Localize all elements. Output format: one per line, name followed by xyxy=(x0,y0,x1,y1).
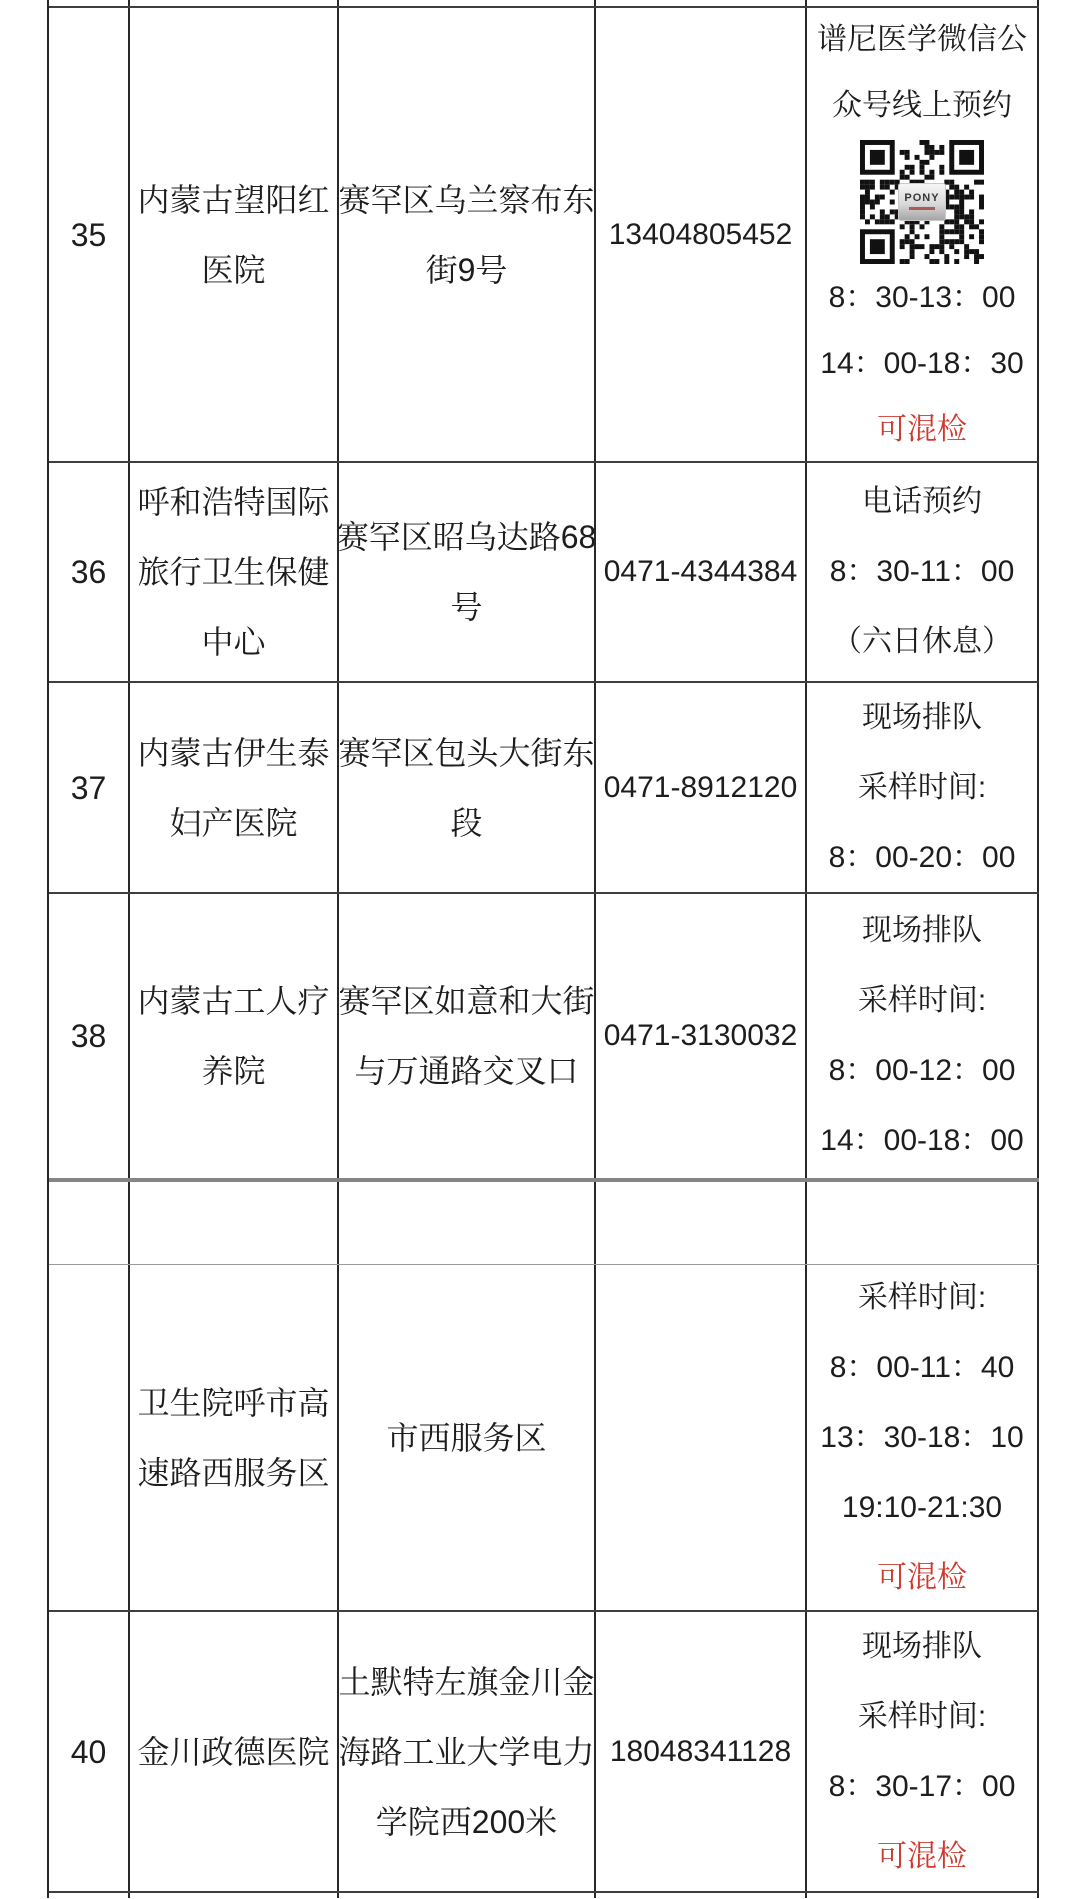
row-number-cell xyxy=(49,0,130,6)
table-row: 35 内蒙古望阳红医院 赛罕区乌兰察布东街9号 13404805452 谱尼医学… xyxy=(49,8,1039,463)
info-line: 众号线上预约 xyxy=(832,73,1012,139)
phone-cell: 18048341128 xyxy=(596,1612,807,1891)
address-line: 街9号 xyxy=(426,235,508,305)
booking-info-cell: 谱尼医学微信公众号线上预约 PONY 8：30-13：0014：00-18：30… xyxy=(807,8,1039,461)
info-line: 采样时间: xyxy=(858,966,986,1036)
booking-info-cell xyxy=(807,0,1039,6)
hospital-name-line: 医院 xyxy=(201,235,265,305)
address-line: 赛罕区如意和大街 xyxy=(339,966,595,1036)
address-line: 与万通路交叉口 xyxy=(354,1036,578,1106)
phone-cell: 13404805452 xyxy=(596,8,807,461)
hospital-name-cell: 金川政德医院 xyxy=(130,1612,339,1891)
info-line: 13：30-18：10 xyxy=(820,1403,1023,1473)
row-number-cell xyxy=(49,1893,130,1898)
address-line: 号 xyxy=(450,572,482,642)
info-line: 19:10-21:30 xyxy=(842,1473,1002,1543)
address-line: 市西服务区 xyxy=(386,1403,546,1473)
info-line: 8：30-13：00 xyxy=(829,265,1016,331)
info-line: 8：00-11：40 xyxy=(830,1333,1015,1403)
testing-sites-table: 35 内蒙古望阳红医院 赛罕区乌兰察布东街9号 13404805452 谱尼医学… xyxy=(47,0,1039,1898)
info-line: 14：00-18：30 xyxy=(820,331,1023,397)
info-line: 8：00-12：00 xyxy=(829,1036,1016,1106)
info-line: 14：00-18：00 xyxy=(820,1106,1023,1176)
hospital-name-cell: 内蒙古工人疗养院 xyxy=(130,894,339,1178)
info-line: 采样时间: xyxy=(858,1682,986,1752)
address-cell xyxy=(339,1182,596,1264)
phone-cell: 0471-3130032 xyxy=(596,894,807,1178)
info-line: 采样时间: xyxy=(858,753,986,823)
info-line: 8：00-20：00 xyxy=(829,823,1016,893)
address-line: 赛罕区昭乌达路68 xyxy=(339,502,596,572)
table-row: 卫生院呼市高速路西服务区 市西服务区 采样时间:8：00-11：4013：30-… xyxy=(49,1265,1039,1612)
phone-number: 0471-4344384 xyxy=(604,537,798,607)
row-number-cell: 35 xyxy=(49,8,130,461)
row-number-cell: 36 xyxy=(49,463,130,681)
info-line: 可混检 xyxy=(877,1543,967,1611)
address-cell xyxy=(339,0,596,6)
booking-info-cell: 电话预约8：30-11：00（六日休息） xyxy=(807,463,1039,681)
hospital-name-line: 内蒙古伊生泰 xyxy=(137,718,329,788)
table-row: 36 呼和浩特国际旅行卫生保健中心 赛罕区昭乌达路68号 0471-434438… xyxy=(49,463,1039,683)
address-line: 赛罕区乌兰察布东 xyxy=(339,165,595,235)
info-line: （六日休息） xyxy=(832,607,1012,677)
table-row xyxy=(49,1893,1039,1898)
table-row xyxy=(49,1182,1039,1265)
hospital-name-line: 速路西服务区 xyxy=(137,1438,329,1508)
address-cell xyxy=(339,1893,596,1898)
phone-number: 13404805452 xyxy=(609,200,793,270)
booking-info-cell: 现场排队采样时间:8：30-17：00可混检 xyxy=(807,1612,1039,1891)
covid-testing-sites-table-page: 35 内蒙古望阳红医院 赛罕区乌兰察布东街9号 13404805452 谱尼医学… xyxy=(0,0,1080,1899)
row-number: 38 xyxy=(71,1001,107,1071)
hospital-name-line: 妇产医院 xyxy=(169,788,297,858)
phone-cell xyxy=(596,1182,807,1264)
phone-number: 0471-8912120 xyxy=(604,753,798,823)
info-line: 8：30-17：00 xyxy=(829,1752,1016,1822)
table-row: 40 金川政德医院 土默特左旗金川金海路工业大学电力学院西200米 180483… xyxy=(49,1612,1039,1893)
hospital-name-cell xyxy=(130,1893,339,1898)
booking-info-cell xyxy=(807,1893,1039,1898)
hospital-name-line: 内蒙古工人疗 xyxy=(137,966,329,1036)
row-number: 36 xyxy=(71,537,107,607)
table-row xyxy=(49,0,1039,8)
hospital-name-line: 金川政德医院 xyxy=(137,1717,329,1787)
row-number: 35 xyxy=(71,200,107,270)
address-line: 土默特左旗金川金 xyxy=(339,1647,595,1717)
table-row: 38 内蒙古工人疗养院 赛罕区如意和大街与万通路交叉口 0471-3130032… xyxy=(49,894,1039,1182)
booking-info-cell: 采样时间:8：00-11：4013：30-18：1019:10-21:30可混检 xyxy=(807,1265,1039,1610)
hospital-name-line: 内蒙古望阳红 xyxy=(137,165,329,235)
hospital-name-line: 卫生院呼市高 xyxy=(137,1368,329,1438)
hospital-name-line: 旅行卫生保健 xyxy=(137,537,329,607)
address-line: 学院西200米 xyxy=(376,1787,557,1857)
hospital-name-cell: 内蒙古伊生泰妇产医院 xyxy=(130,683,339,892)
address-line: 段 xyxy=(450,788,482,858)
pony-logo-text: PONY xyxy=(904,193,939,204)
booking-info-cell: 现场排队采样时间:8：00-12：0014：00-18：00 xyxy=(807,894,1039,1178)
info-line: 现场排队 xyxy=(862,683,982,753)
info-line: 采样时间: xyxy=(858,1265,986,1333)
address-line: 海路工业大学电力 xyxy=(339,1717,595,1787)
row-number-cell: 38 xyxy=(49,894,130,1178)
hospital-name-line: 中心 xyxy=(201,607,265,677)
row-number: 40 xyxy=(71,1717,107,1787)
pony-logo-subtext-bar xyxy=(909,207,935,210)
address-cell: 市西服务区 xyxy=(339,1265,596,1610)
address-cell: 赛罕区如意和大街与万通路交叉口 xyxy=(339,894,596,1178)
phone-cell xyxy=(596,1265,807,1610)
hospital-name-cell xyxy=(130,1182,339,1264)
row-number-cell: 40 xyxy=(49,1612,130,1891)
phone-number: 18048341128 xyxy=(610,1717,791,1787)
info-line: 谱尼医学微信公 xyxy=(817,8,1027,73)
row-number-cell: 37 xyxy=(49,683,130,892)
hospital-name-cell: 内蒙古望阳红医院 xyxy=(130,8,339,461)
row-number-cell xyxy=(49,1265,130,1610)
phone-cell xyxy=(596,1893,807,1898)
hospital-name-cell xyxy=(130,0,339,6)
info-line: 现场排队 xyxy=(862,1612,982,1682)
info-line: 现场排队 xyxy=(862,896,982,966)
address-cell: 赛罕区乌兰察布东街9号 xyxy=(339,8,596,461)
hospital-name-line: 养院 xyxy=(201,1036,265,1106)
booking-info-cell: 现场排队采样时间:8：00-20：00 xyxy=(807,683,1039,892)
pony-logo: PONY xyxy=(898,183,946,221)
hospital-name-line: 呼和浩特国际 xyxy=(137,467,329,537)
table-row: 37 内蒙古伊生泰妇产医院 赛罕区包头大街东段 0471-8912120 现场排… xyxy=(49,683,1039,894)
phone-cell: 0471-8912120 xyxy=(596,683,807,892)
address-cell: 赛罕区昭乌达路68号 xyxy=(339,463,596,681)
address-cell: 赛罕区包头大街东段 xyxy=(339,683,596,892)
phone-cell: 0471-4344384 xyxy=(596,463,807,681)
address-line: 赛罕区包头大街东 xyxy=(339,718,595,788)
wechat-qr-code: PONY xyxy=(860,140,984,264)
info-line: 8：30-11：00 xyxy=(830,537,1015,607)
info-line: 可混检 xyxy=(877,397,967,462)
info-line: 可混检 xyxy=(877,1822,967,1892)
booking-info-cell xyxy=(807,1182,1039,1264)
hospital-name-cell: 卫生院呼市高速路西服务区 xyxy=(130,1265,339,1610)
row-number-cell xyxy=(49,1182,130,1264)
hospital-name-cell: 呼和浩特国际旅行卫生保健中心 xyxy=(130,463,339,681)
row-number: 37 xyxy=(71,753,107,823)
phone-cell xyxy=(596,0,807,6)
phone-number: 0471-3130032 xyxy=(604,1001,798,1071)
info-line: 电话预约 xyxy=(862,467,982,537)
address-cell: 土默特左旗金川金海路工业大学电力学院西200米 xyxy=(339,1612,596,1891)
